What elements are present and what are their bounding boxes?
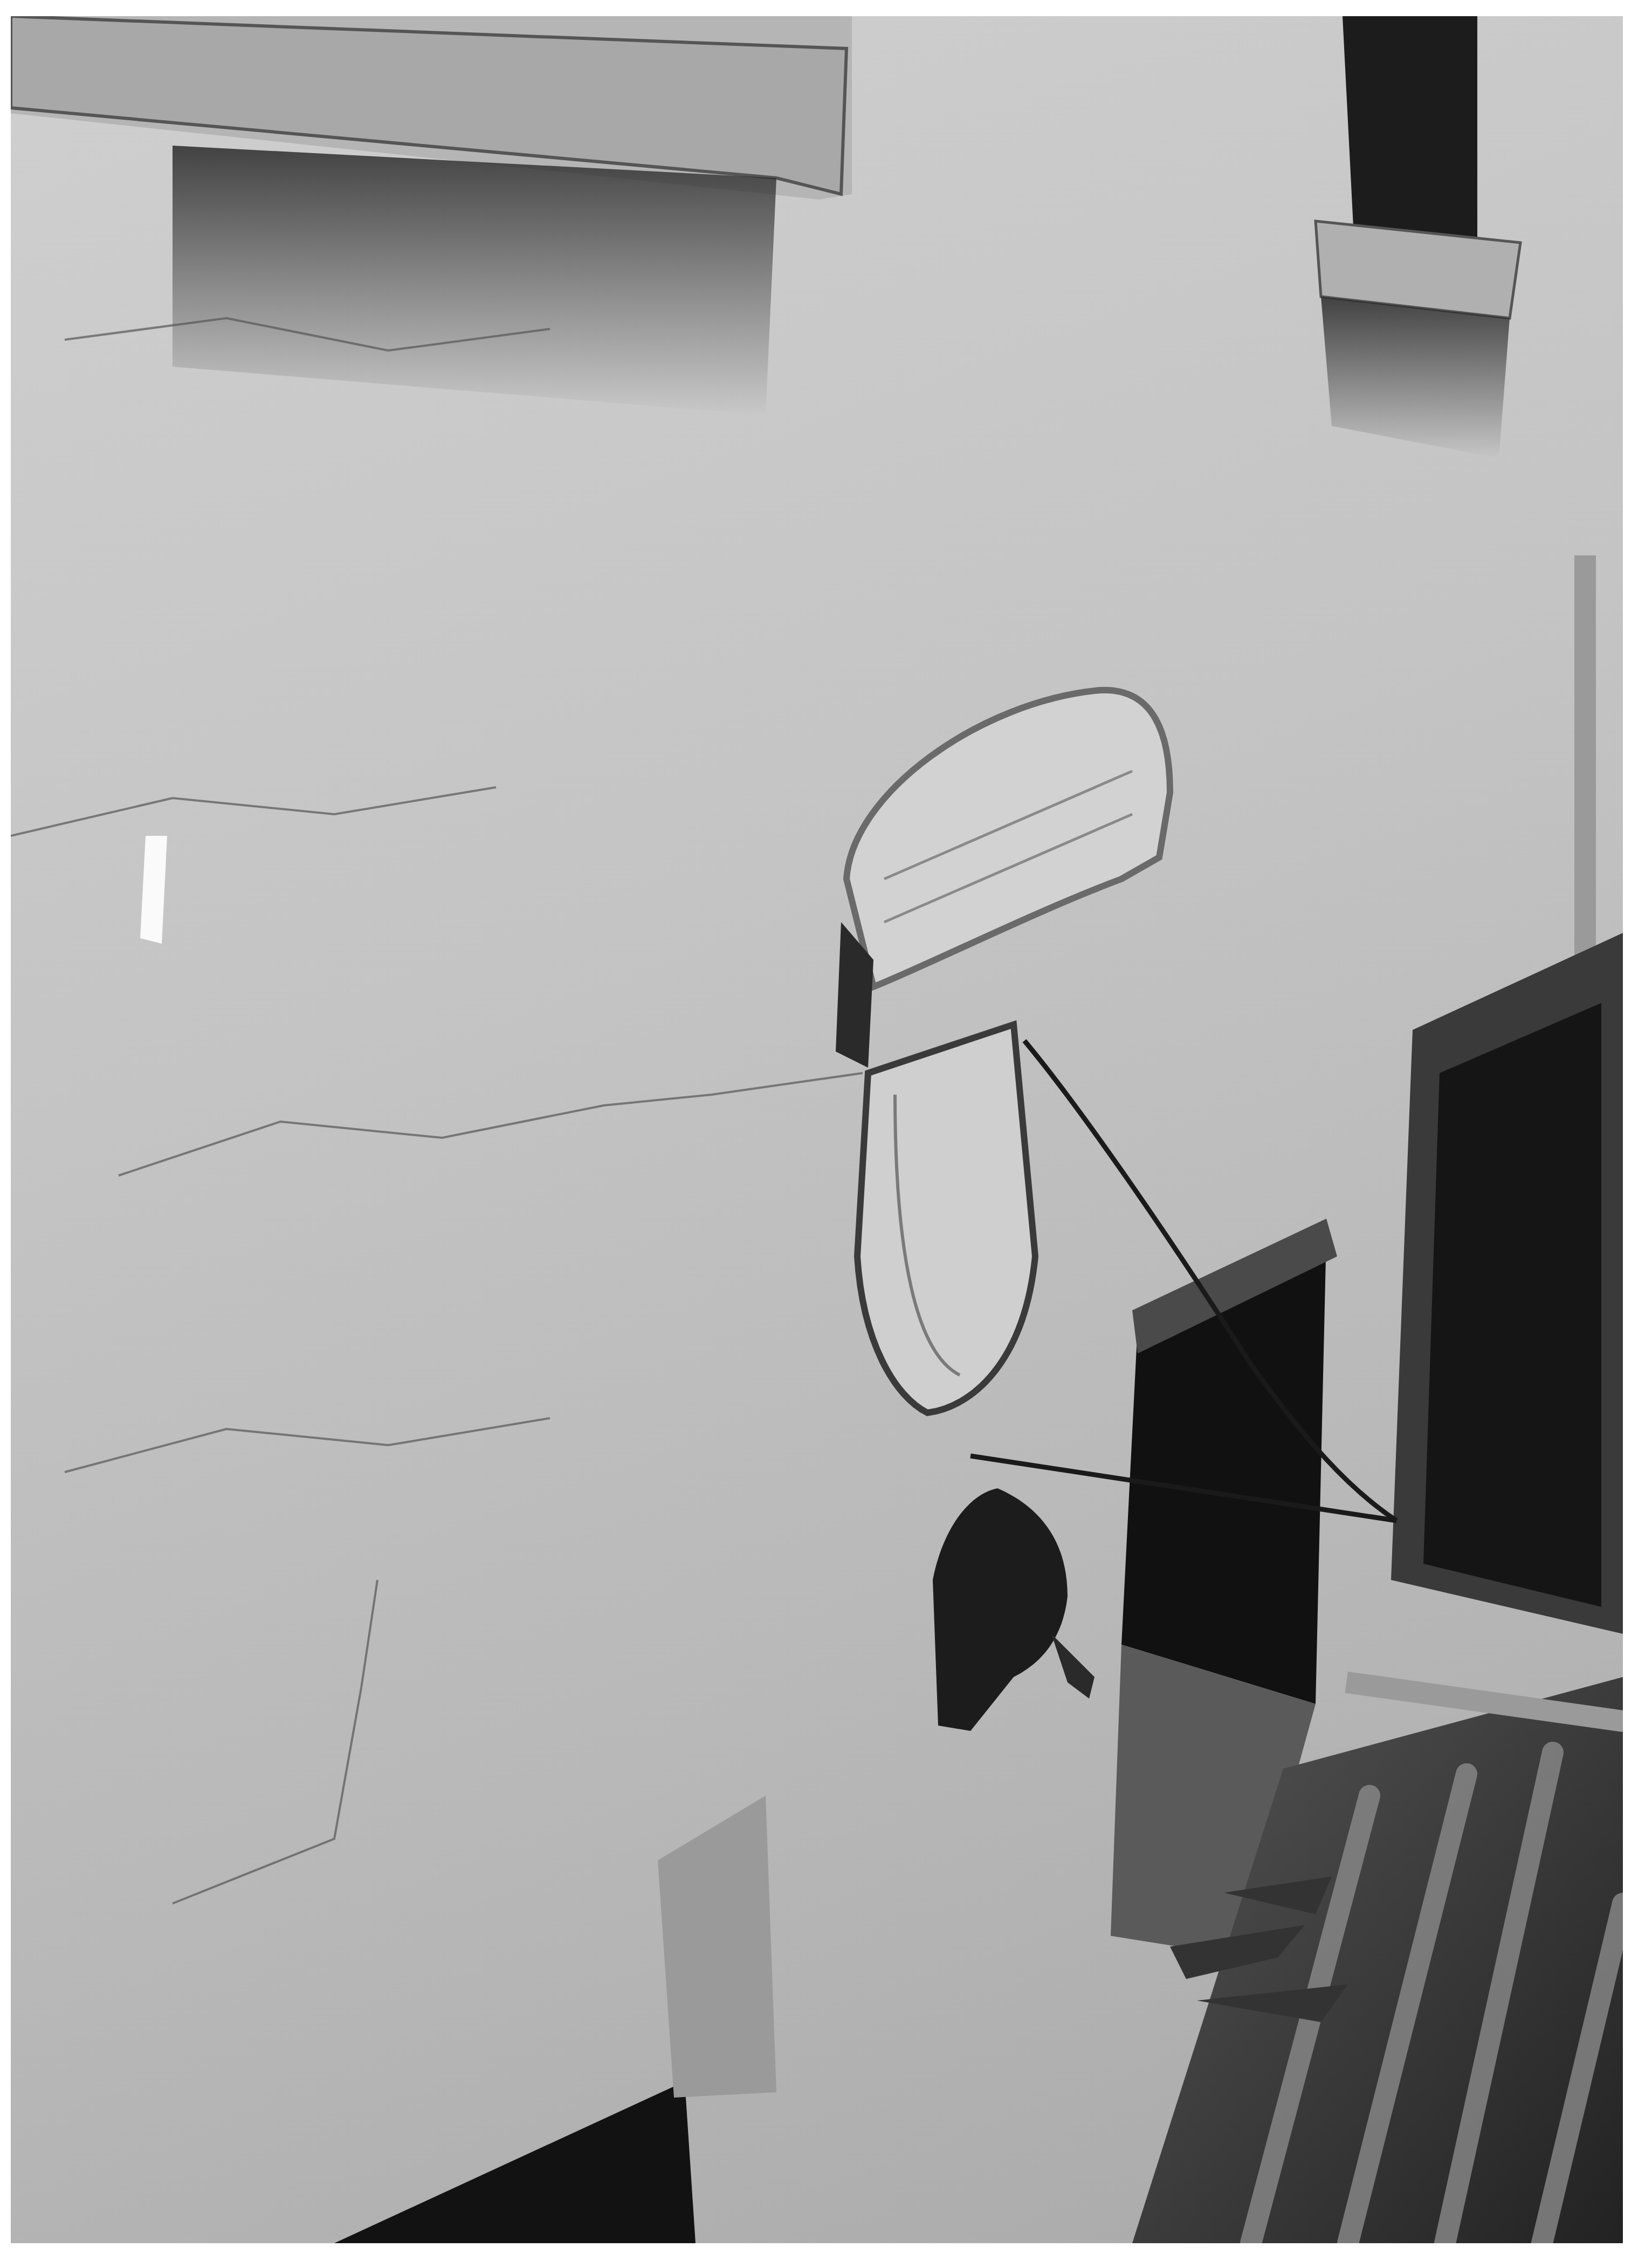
right-arcade bbox=[1391, 933, 1623, 1634]
photograph bbox=[11, 16, 1623, 2243]
plaster-chip bbox=[140, 836, 167, 944]
scene bbox=[11, 16, 1623, 2243]
upper-right-window bbox=[1316, 16, 1520, 458]
wall-cracks bbox=[11, 318, 863, 1903]
lower-opening bbox=[334, 1796, 776, 2243]
shield-relief bbox=[857, 1025, 1035, 1413]
upper-left-window-sill bbox=[11, 16, 852, 415]
carved-plaque bbox=[836, 690, 1170, 1068]
sculpted-figure bbox=[933, 1488, 1095, 1731]
